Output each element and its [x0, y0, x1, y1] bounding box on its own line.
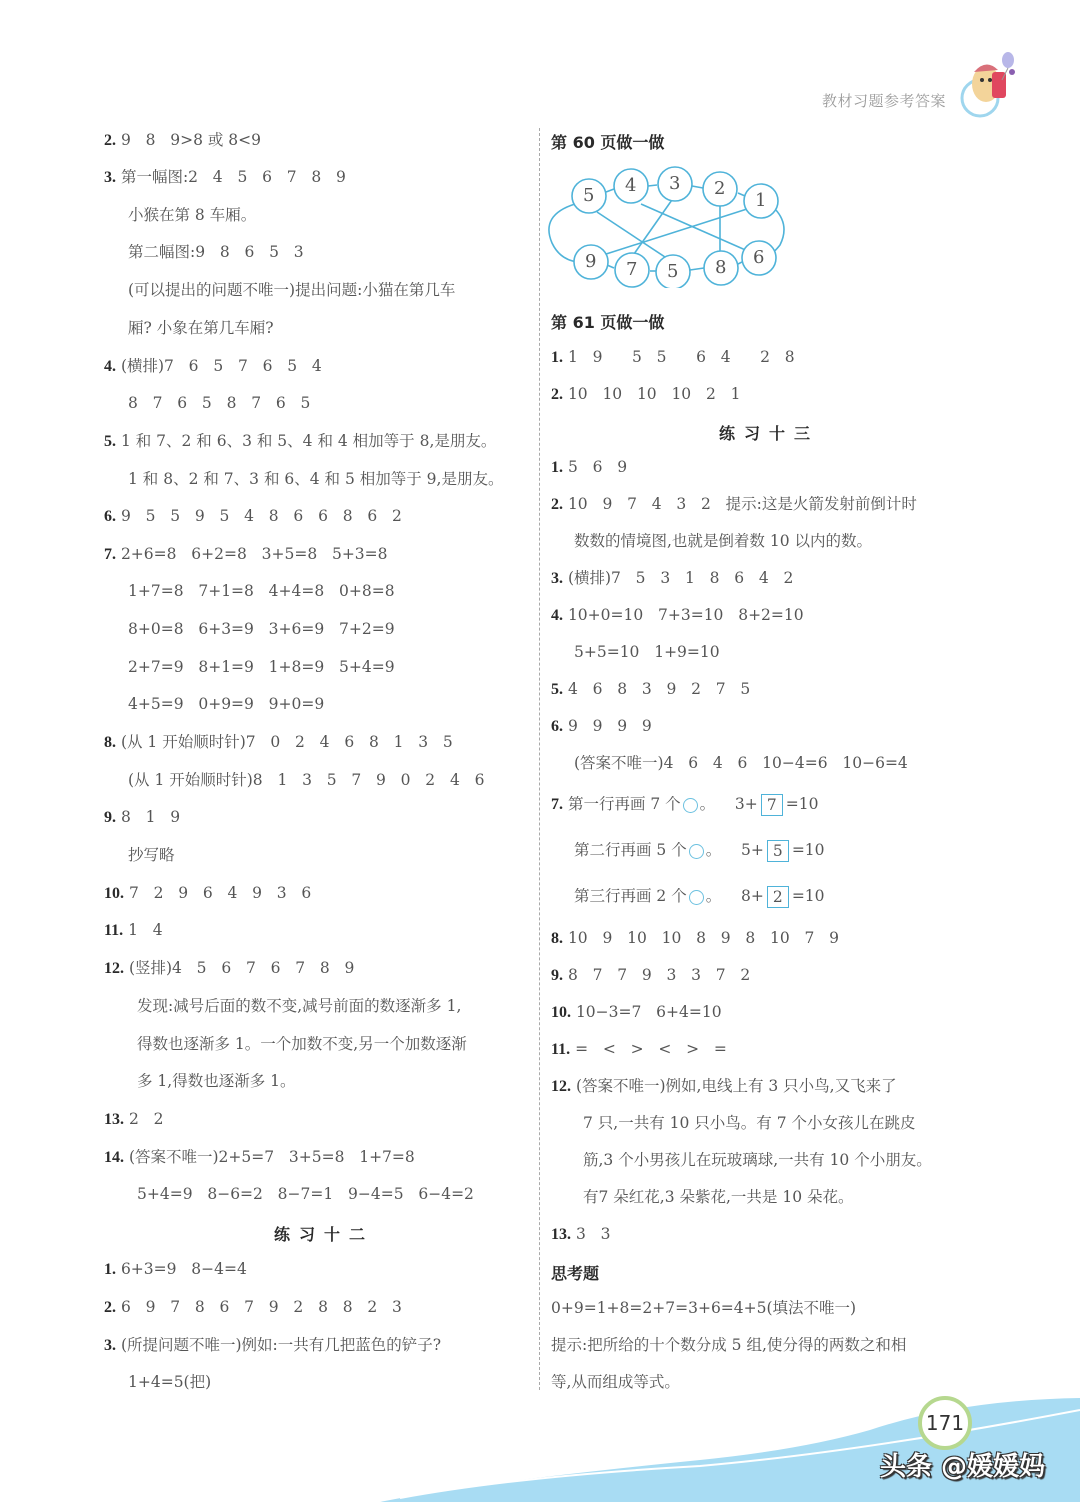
equation-right: =10: [786, 795, 819, 813]
diagram-node: 5: [667, 262, 678, 282]
answer-text: 10 9 7 4 3 2 提示:这是火箭发射前倒计时: [568, 495, 917, 513]
answer-box: 5: [767, 840, 789, 862]
item-number: 13.: [551, 1226, 571, 1243]
answer-text: 提示:把所给的十个数分成 5 组,使分得的两数之和相: [551, 1335, 906, 1355]
section-title-exercise-12: 练习十二: [274, 1222, 374, 1245]
answer-text: 1+7=8 7+1=8 4+4=8 0+8=8: [128, 581, 395, 601]
answer-item: 10. 10−3=7 6+4=10: [551, 1002, 722, 1023]
diagram-node: 2: [714, 179, 725, 199]
answer-item: 11. 1 4: [104, 920, 163, 941]
answer-item: 1. 1 9 5 5 6 4 2 8: [551, 347, 795, 368]
diagram-node: 7: [626, 260, 637, 280]
footer-wave-decoration: [0, 1380, 1080, 1502]
answer-item: 9. 8 1 9: [104, 807, 180, 828]
punctuation: 。: [706, 887, 722, 905]
answer-text: 第一行再画 7 个: [568, 795, 681, 813]
answer-text: 0+9=1+8=2+7=3+6=4+5(填法不唯一): [551, 1298, 856, 1318]
diagram-node: 6: [753, 248, 764, 268]
answer-text: 厢? 小象在第几车厢?: [128, 318, 274, 338]
item-number: 2.: [551, 496, 563, 513]
item-number: 4.: [551, 607, 563, 624]
item-number: 2.: [104, 132, 116, 149]
answer-text: 筋,3 个小男孩儿在玩玻璃球,一共有 10 个小朋友。: [583, 1150, 932, 1170]
answer-item: 4. (横排)7 6 5 7 6 5 4: [104, 356, 322, 377]
answer-item: 8. (从 1 开始顺时针)7 0 2 4 6 8 1 3 5: [104, 732, 453, 753]
answer-text: 8 1 9: [121, 808, 180, 826]
diagram-node: 1: [755, 191, 766, 211]
item-number: 11.: [551, 1041, 570, 1058]
answer-text: (答案不唯一)例如,电线上有 3 只小鸟,又飞来了: [576, 1077, 897, 1095]
answer-text: 10+0=10 7+3=10 8+2=10: [568, 606, 804, 624]
answer-text: 1 和 7、2 和 6、3 和 5、4 和 4 相加等于 8,是朋友。: [121, 432, 496, 450]
answer-item: 5. 1 和 7、2 和 6、3 和 5、4 和 4 相加等于 8,是朋友。: [104, 431, 496, 452]
section-title-exercise-13: 练习十三: [719, 421, 819, 444]
column-divider: [539, 128, 540, 1390]
answer-item: 12. (竖排)4 5 6 7 6 7 8 9: [104, 958, 354, 979]
answer-text: 1 和 8、2 和 7、3 和 6、4 和 5 相加等于 9,是朋友。: [128, 469, 503, 489]
answer-item: 7. 2+6=8 6+2=8 3+5=8 5+3=8: [104, 544, 388, 565]
answer-item: 第二行再画 5 个。 5+5=10: [574, 840, 825, 862]
equation-left: 3+: [735, 795, 758, 813]
answer-text: = < > < > =: [575, 1040, 727, 1058]
item-number: 1.: [551, 349, 563, 366]
item-number: 12.: [551, 1078, 571, 1095]
answer-item: 1. 5 6 9: [551, 457, 627, 478]
item-number: 1.: [551, 459, 563, 476]
answer-text: (可以提出的问题不唯一)提出问题:小猫在第几车: [128, 280, 455, 300]
answer-item: 3. (横排)7 5 3 1 8 6 4 2: [551, 568, 793, 589]
answer-item: 2. 9 8 9>8 或 8<9: [104, 130, 261, 151]
answer-text: 数数的情境图,也就是倒着数 10 以内的数。: [574, 531, 872, 551]
heading-page-60: 第 60 页做一做: [551, 130, 664, 153]
answer-item: 13. 3 3: [551, 1224, 610, 1245]
answer-text: 小猴在第 8 车厢。: [128, 205, 256, 225]
answer-text: 多 1,得数也逐渐多 1。: [137, 1071, 296, 1091]
circle-icon: [683, 798, 698, 813]
answer-text: 4 6 8 3 9 2 7 5: [568, 680, 750, 698]
item-number: 3.: [104, 169, 116, 186]
item-number: 14.: [104, 1149, 124, 1166]
answer-text: 2 2: [129, 1110, 164, 1128]
answer-text: 2+6=8 6+2=8 3+5=8 5+3=8: [121, 545, 388, 563]
equation-left: 8+: [741, 887, 764, 905]
answer-text: 第三行再画 2 个: [574, 887, 687, 905]
page-number-badge: 171: [918, 1396, 972, 1450]
item-number: 13.: [104, 1111, 124, 1128]
header-title: 教材习题参考答案: [822, 90, 946, 111]
answer-text: 有7 朵红花,3 朵紫花,一共是 10 朵花。: [583, 1187, 854, 1207]
item-number: 12.: [104, 960, 124, 977]
answer-text: 第二行再画 5 个: [574, 841, 687, 859]
answer-item: 6. 9 5 5 9 5 4 8 6 6 8 6 2: [104, 506, 402, 527]
punctuation: 。: [700, 795, 716, 813]
item-number: 4.: [104, 358, 116, 375]
answer-text: (横排)7 5 3 1 8 6 4 2: [568, 569, 793, 587]
equation-left: 5+: [741, 841, 764, 859]
answer-text: 9 5 5 9 5 4 8 6 6 8 6 2: [121, 507, 402, 525]
answer-box: 7: [761, 794, 783, 816]
diagram-node: 5: [583, 186, 594, 206]
answer-item: 2. 10 9 7 4 3 2 提示:这是火箭发射前倒计时: [551, 494, 917, 515]
circle-icon: [689, 844, 704, 859]
item-number: 1.: [104, 1261, 116, 1278]
item-number: 9.: [104, 809, 116, 826]
answer-text: 得数也逐渐多 1。一个加数不变,另一个加数逐渐: [137, 1034, 467, 1054]
item-number: 2.: [104, 1299, 116, 1316]
heading-page-61: 第 61 页做一做: [551, 310, 664, 333]
diagram-node: 4: [625, 176, 636, 196]
answer-item: 2. 10 10 10 10 2 1: [551, 384, 740, 405]
answer-text: (答案不唯一)2+5=7 3+5=8 1+7=8: [129, 1148, 415, 1166]
answer-item: 6. 9 9 9 9: [551, 716, 652, 737]
answer-text: (从 1 开始顺时针)7 0 2 4 6 8 1 3 5: [121, 733, 453, 751]
answer-text: 6 9 7 8 6 7 9 2 8 8 2 3: [121, 1298, 402, 1316]
answer-text: 2+7=9 8+1=9 1+8=9 5+4=9: [128, 657, 395, 677]
answer-item: 12. (答案不唯一)例如,电线上有 3 只小鸟,又飞来了: [551, 1076, 897, 1097]
item-number: 8.: [104, 734, 116, 751]
answer-item: 7. 第一行再画 7 个。 3+7=10: [551, 794, 818, 816]
answer-item: 3. (所提问题不唯一)例如:一共有几把蓝色的铲子?: [104, 1335, 441, 1356]
answer-text: 发现:减号后面的数不变,减号前面的数逐渐多 1,: [137, 996, 461, 1016]
answer-item: 14. (答案不唯一)2+5=7 3+5=8 1+7=8: [104, 1147, 415, 1168]
item-number: 8.: [551, 930, 563, 947]
item-number: 3.: [104, 1337, 116, 1354]
answer-item: 8. 10 9 10 10 8 9 8 10 7 9: [551, 928, 839, 949]
answer-text: 10−3=7 6+4=10: [576, 1003, 722, 1021]
equation-right: =10: [792, 887, 825, 905]
answer-box: 2: [767, 886, 789, 908]
answer-text: 5 6 9: [568, 458, 627, 476]
answer-item: 11. = < > < > =: [551, 1039, 727, 1060]
answer-item: 10. 7 2 9 6 4 9 3 6: [104, 883, 311, 904]
answer-text: 7 只,一共有 10 只小鸟。有 7 个小女孩儿在跳皮: [583, 1113, 916, 1133]
answer-item: 9. 8 7 7 9 3 3 7 2: [551, 965, 750, 986]
item-number: 5.: [551, 681, 563, 698]
answer-text: (所提问题不唯一)例如:一共有几把蓝色的铲子?: [121, 1336, 441, 1354]
answer-text: 9 8 9>8 或 8<9: [121, 131, 261, 149]
diagram-node: 9: [585, 252, 596, 272]
answer-text: 5+4=9 8−6=2 8−7=1 9−4=5 6−4=2: [137, 1184, 474, 1204]
answer-text: 6+3=9 8−4=4: [121, 1260, 247, 1278]
answer-text: 10 10 10 10 2 1: [568, 385, 741, 403]
answer-text: (从 1 开始顺时针)8 1 3 5 7 9 0 2 4 6: [128, 770, 484, 790]
item-number: 11.: [104, 922, 123, 939]
watermark-text: 头条 @媛媛妈: [880, 1446, 1045, 1483]
item-number: 10.: [551, 1004, 571, 1021]
item-number: 6.: [104, 508, 116, 525]
answer-text: 抄写略: [128, 845, 175, 865]
answer-text: 4+5=9 0+9=9 9+0=9: [128, 694, 324, 714]
diagram-node: 8: [715, 258, 726, 278]
item-number: 10.: [104, 885, 124, 902]
answer-text: 8+0=8 6+3=9 3+6=9 7+2=9: [128, 619, 395, 639]
answer-item: 1. 6+3=9 8−4=4: [104, 1259, 247, 1280]
answer-item: 第三行再画 2 个。 8+2=10: [574, 886, 825, 908]
answer-text: (答案不唯一)4 6 4 6 10−4=6 10−6=4: [574, 753, 908, 773]
answer-text: 5+5=10 1+9=10: [574, 642, 720, 662]
answer-text: 8 7 6 5 8 7 6 5: [128, 393, 310, 413]
circle-icon: [689, 890, 704, 905]
answer-text: 8 7 7 9 3 3 7 2: [568, 966, 750, 984]
item-number: 5.: [104, 433, 116, 450]
answer-text: 7 2 9 6 4 9 3 6: [129, 884, 311, 902]
diagram-node: 3: [669, 174, 680, 194]
answer-text: 1 4: [128, 921, 163, 939]
answer-item: 13. 2 2: [104, 1109, 163, 1130]
heading-thinking-question: 思考题: [551, 1261, 599, 1284]
punctuation: 。: [706, 841, 722, 859]
answer-text: 9 9 9 9: [568, 717, 652, 735]
answer-text: (竖排)4 5 6 7 6 7 8 9: [129, 959, 354, 977]
answer-text: 第一幅图:2 4 5 6 7 8 9: [121, 168, 346, 186]
equation-right: =10: [792, 841, 825, 859]
item-number: 7.: [551, 796, 563, 813]
answer-text: 第二幅图:9 8 6 5 3: [128, 242, 304, 262]
answer-text: (横排)7 6 5 7 6 5 4: [121, 357, 322, 375]
answer-item: 2. 6 9 7 8 6 7 9 2 8 8 2 3: [104, 1297, 402, 1318]
answer-item: 5. 4 6 8 3 9 2 7 5: [551, 679, 750, 700]
item-number: 9.: [551, 967, 563, 984]
answer-text: 3 3: [576, 1225, 611, 1243]
answer-item: 4. 10+0=10 7+3=10 8+2=10: [551, 605, 804, 626]
item-number: 2.: [551, 386, 563, 403]
item-number: 6.: [551, 718, 563, 735]
answer-text: 1 9 5 5 6 4 2 8: [568, 348, 795, 366]
answer-text: 10 9 10 10 8 9 8 10 7 9: [568, 929, 839, 947]
item-number: 7.: [104, 546, 116, 563]
mascot-illustration-icon: [958, 50, 1018, 122]
item-number: 3.: [551, 570, 563, 587]
answer-item: 3. 第一幅图:2 4 5 6 7 8 9: [104, 167, 346, 188]
